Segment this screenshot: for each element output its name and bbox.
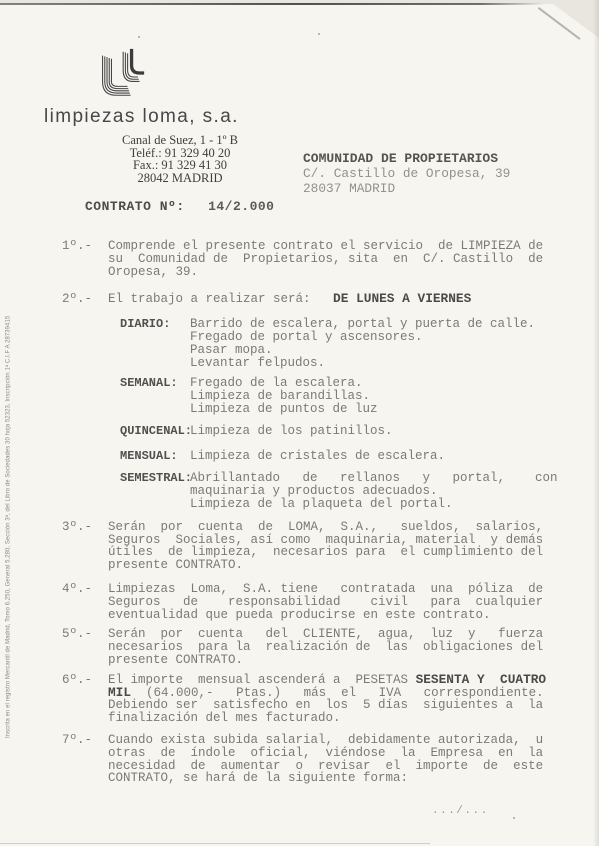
limpiezas-loma-logo-icon <box>90 44 148 109</box>
recipient-city: 28037 MADRID <box>303 181 510 196</box>
registry-side-note: Inscrita en el registro Mercantil de Mad… <box>5 316 11 738</box>
recipient-name: COMUNIDAD DE PROPIETARIOS <box>303 151 510 166</box>
clause-2-highlight: DE LUNES A VIERNES <box>333 291 471 306</box>
contract-clauses: 1º.- Comprende el presente contrato el s… <box>62 240 562 785</box>
clause-text: El importe mensual ascenderá a PESETAS S… <box>108 674 559 725</box>
schedule-text: Barrido de escalera, portal y puerta de … <box>190 318 535 369</box>
clause-text: Cuando exista subida salarial, debidamen… <box>108 734 559 785</box>
schedule-label: SEMESTRAL: <box>120 472 190 510</box>
clause-4: 4º.- Limpiezas Loma, S.A. tiene contrata… <box>62 583 562 621</box>
clause-text: Serán por cuenta de LOMA, S.A., sueldos,… <box>108 521 559 572</box>
scan-speck <box>513 817 515 819</box>
address-line-street: Canal de Suez, 1 - 1º B <box>66 134 294 147</box>
clause-text: Serán por cuenta del CLIENTE, agua, luz … <box>108 628 559 666</box>
schedule-text: Limpieza de los patinillos. <box>190 425 393 438</box>
scan-bottom-edge-line <box>0 843 430 844</box>
recipient-block: COMUNIDAD DE PROPIETARIOS C/. Castillo d… <box>303 151 510 196</box>
clause-7: 7º.- Cuando exista subida salarial, debi… <box>62 734 562 785</box>
recipient-street: C/. Castillo de Oropesa, 39 <box>303 166 510 181</box>
schedule-row-daily: DIARIO: Barrido de escalera, portal y pu… <box>120 318 562 369</box>
schedule-row-monthly: MENSUAL: Limpieza de cristales de escale… <box>120 450 562 463</box>
schedule-label: SEMANAL: <box>120 377 190 415</box>
schedule-text: Abrillantado de rellanos y portal, con m… <box>190 472 558 510</box>
scan-speck <box>138 36 140 38</box>
scanned-contract-page: limpiezas loma, s.a. Canal de Suez, 1 - … <box>0 0 599 846</box>
clause-6-part2: (64.000,- Ptas.) más el IVA correspondie… <box>108 686 544 726</box>
scan-top-edge-line <box>0 3 545 5</box>
contract-label: CONTRATO Nº: <box>85 199 185 214</box>
company-name: limpiezas loma, s.a. <box>44 106 239 128</box>
clause-number: 1º.- <box>62 240 108 278</box>
clause-2: 2º.- El trabajo a realizar será: DE LUNE… <box>62 293 562 306</box>
contract-number: 14/2.000 <box>208 199 274 214</box>
scan-speck <box>318 33 320 35</box>
clause-1: 1º.- Comprende el presente contrato el s… <box>62 240 562 278</box>
clause-text: El trabajo a realizar será: DE LUNES A V… <box>108 293 559 306</box>
clause-3: 3º.- Serán por cuenta de LOMA, S.A., sue… <box>62 521 562 572</box>
continuation-mark: .../... <box>432 805 489 818</box>
clause-number: 5º.- <box>62 628 108 666</box>
clause-number: 4º.- <box>62 583 108 621</box>
clause-number: 6º.- <box>62 674 108 725</box>
clause-6: 6º.- El importe mensual ascenderá a PESE… <box>62 674 562 725</box>
contract-number-line: CONTRATO Nº: 14/2.000 <box>85 201 274 214</box>
schedule-label: QUINCENAL: <box>120 425 190 438</box>
contract-gap <box>192 199 200 214</box>
schedule-row-biweekly: QUINCENAL: Limpieza de los patinillos. <box>120 425 562 438</box>
clause-number: 3º.- <box>62 521 108 572</box>
letterhead-address: Canal de Suez, 1 - 1º B Teléf.: 91 329 4… <box>66 134 294 184</box>
clause-text: Limpiezas Loma, S.A. tiene contratada un… <box>108 583 559 621</box>
clause-2-intro: El trabajo a realizar será: <box>108 292 333 306</box>
schedule-label: MENSUAL: <box>120 450 190 463</box>
clause-number: 2º.- <box>62 293 108 306</box>
schedule-row-semiannual: SEMESTRAL: Abrillantado de rellanos y po… <box>120 472 562 510</box>
address-line-city: 28042 MADRID <box>66 172 294 185</box>
address-line-fax: Fax.: 91 329 41 30 <box>66 159 294 172</box>
clause-number: 7º.- <box>62 734 108 785</box>
schedule-label: DIARIO: <box>120 318 190 369</box>
clause-text: Comprende el presente contrato el servic… <box>108 240 559 278</box>
schedule-row-weekly: SEMANAL: Fregado de la escalera. Limpiez… <box>120 377 562 415</box>
scan-right-edge-shadow <box>593 0 599 846</box>
clause-5: 5º.- Serán por cuenta del CLIENTE, agua,… <box>62 628 562 666</box>
schedule-text: Fregado de la escalera. Limpieza de bara… <box>190 377 378 415</box>
schedule-text: Limpieza de cristales de escalera. <box>190 450 445 463</box>
